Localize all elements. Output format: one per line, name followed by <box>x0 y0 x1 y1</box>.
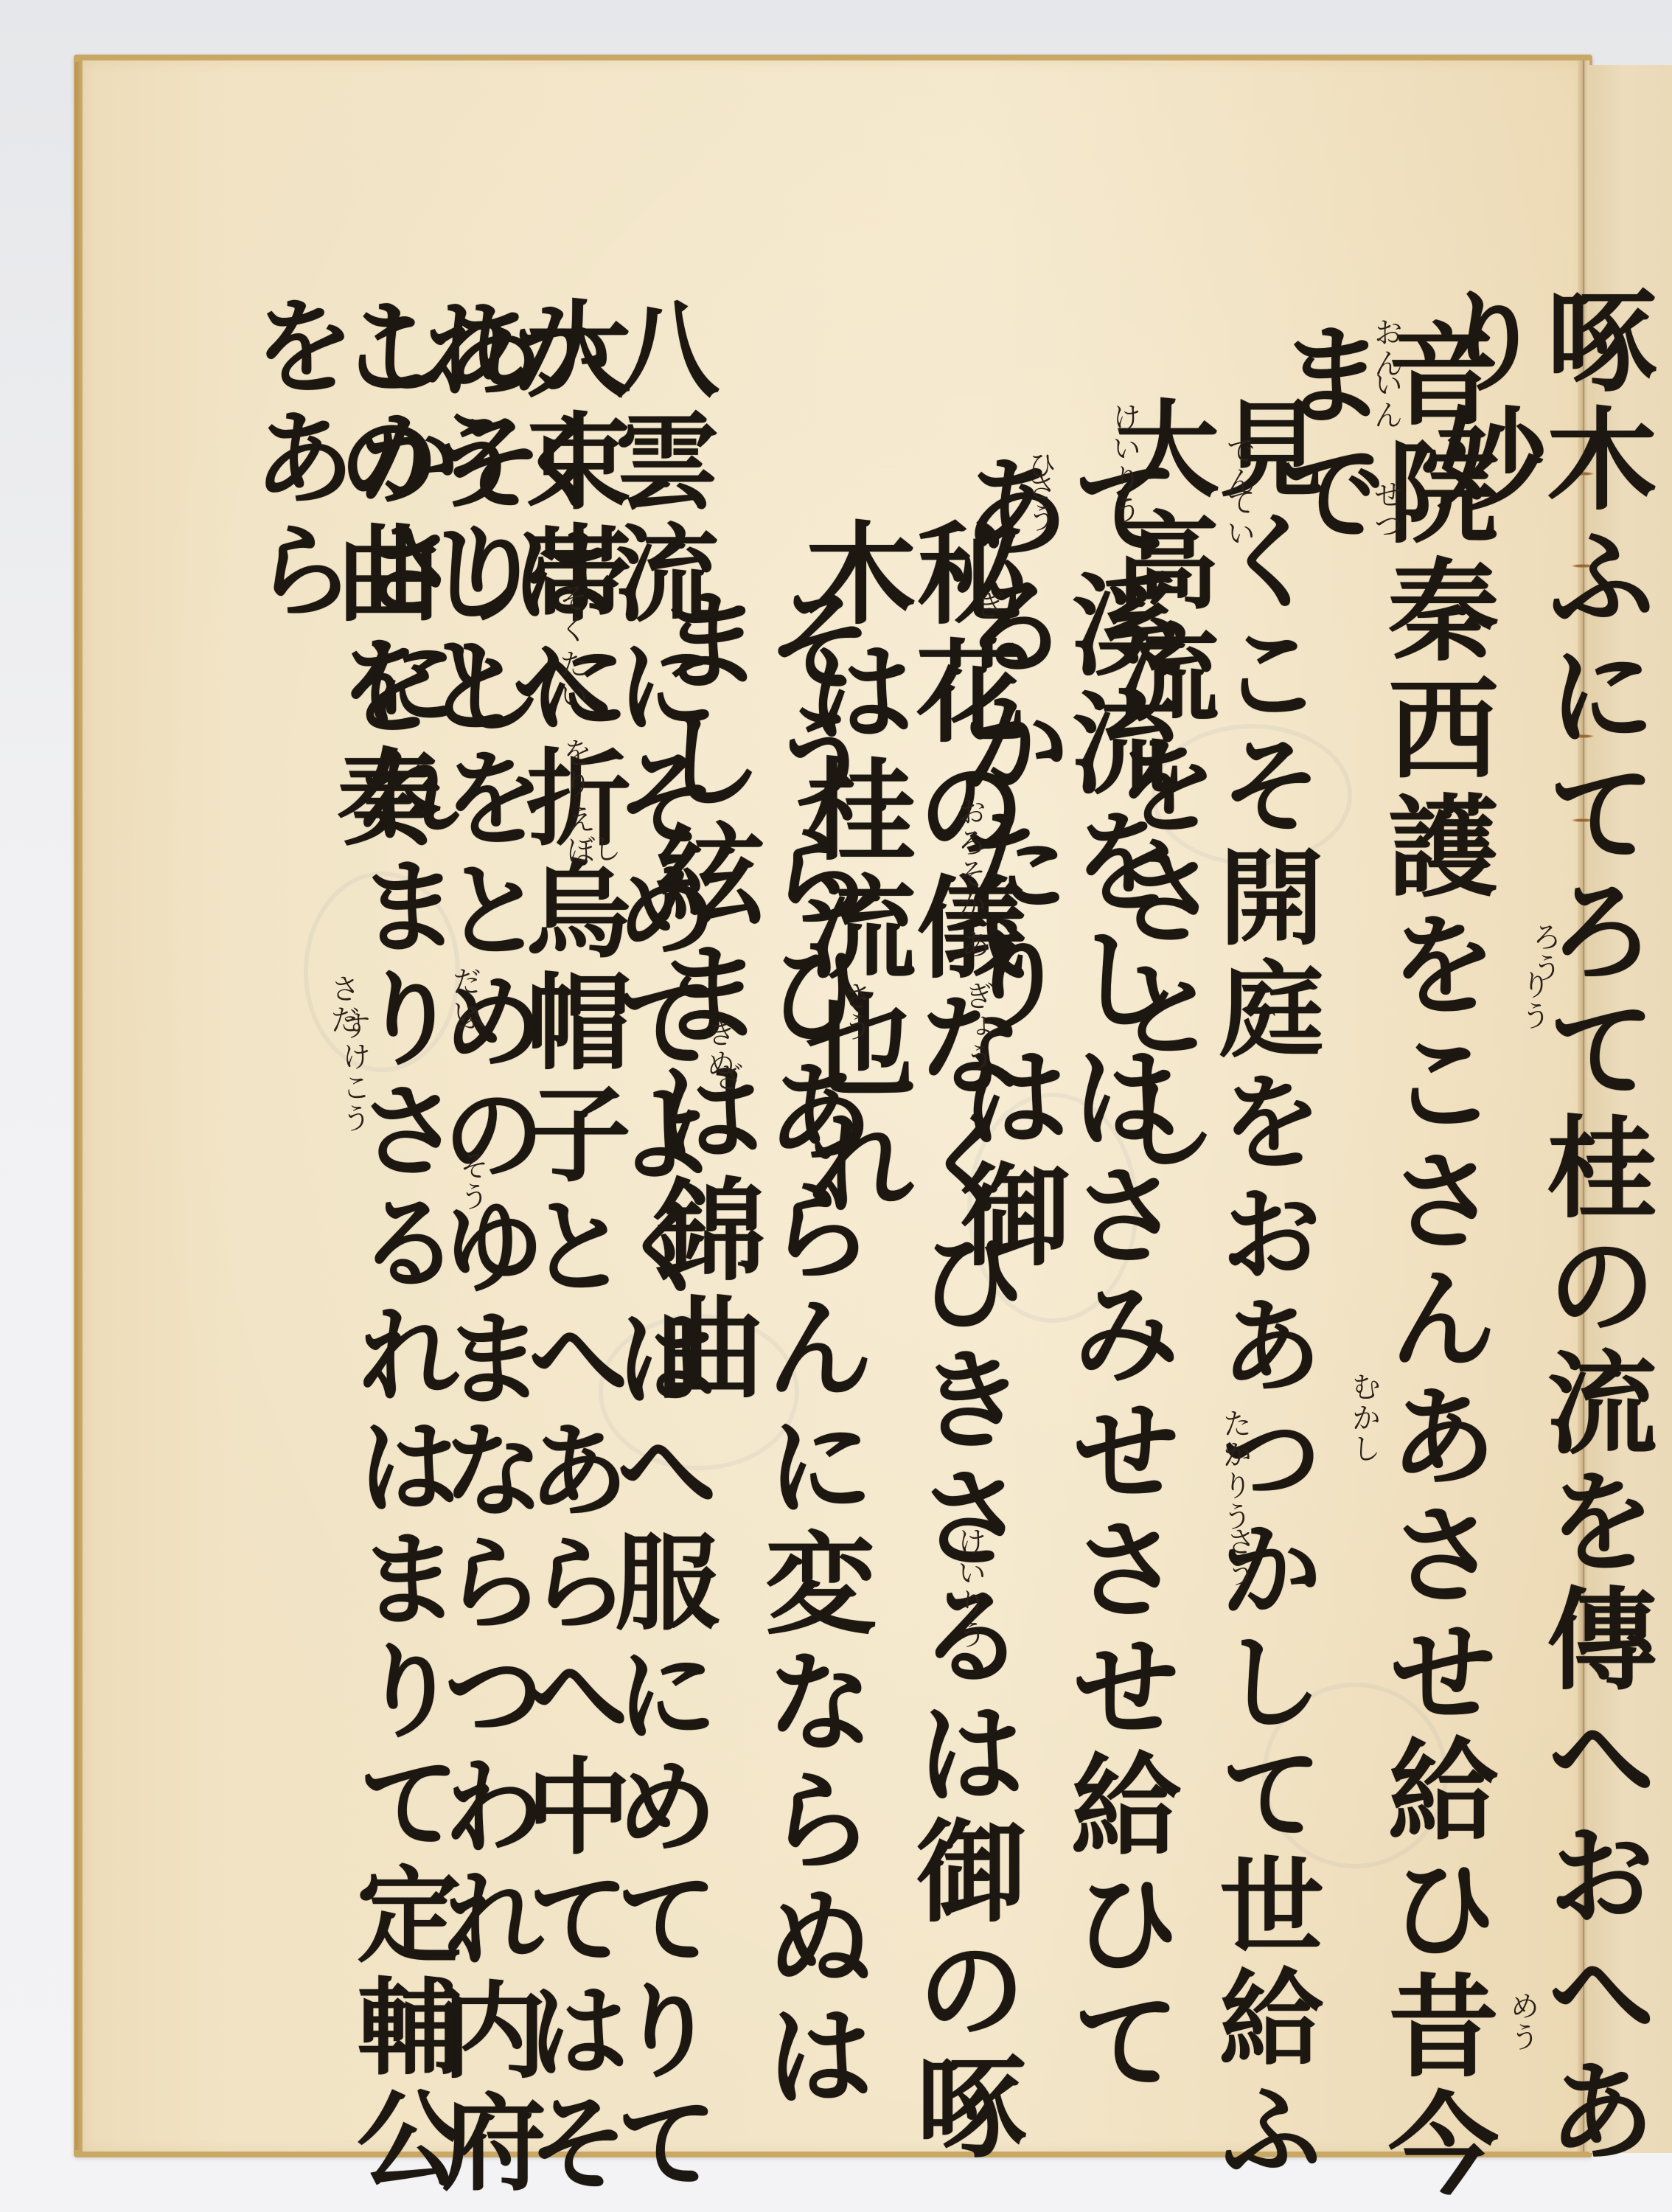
furigana: し <box>590 833 619 864</box>
furigana: さう <box>840 981 870 1043</box>
furigana: たかりう <box>1220 1408 1250 1532</box>
furigana: すけこう <box>339 1010 369 1134</box>
furigana: けいりう <box>1110 402 1139 526</box>
furigana: そう <box>457 1150 487 1212</box>
furigana: あ <box>958 929 988 960</box>
furigana: てい <box>1224 487 1253 549</box>
furigana: ざ <box>711 1062 741 1093</box>
furigana: けいりう <box>955 1526 984 1650</box>
furigana: いん <box>1371 369 1401 431</box>
furigana: せつ <box>1371 479 1401 541</box>
text-column-10: しかさにれまりさるれはまりて定輔公をあら <box>243 291 453 2212</box>
furigana: むかし <box>1349 1371 1379 1464</box>
furigana: たい <box>557 649 586 711</box>
furigana: さう <box>1224 1526 1253 1588</box>
furigana: そく <box>557 582 586 644</box>
furigana: さう <box>1025 472 1054 534</box>
furigana: めう <box>1508 1991 1537 2053</box>
furigana: おろそか <box>955 796 984 920</box>
furigana: ふ <box>453 1003 483 1034</box>
furigana: ぎょう <box>962 981 992 1074</box>
furigana: をり <box>560 737 590 799</box>
furigana: ぎ <box>973 590 1003 621</box>
furigana: りう <box>1519 970 1548 1032</box>
